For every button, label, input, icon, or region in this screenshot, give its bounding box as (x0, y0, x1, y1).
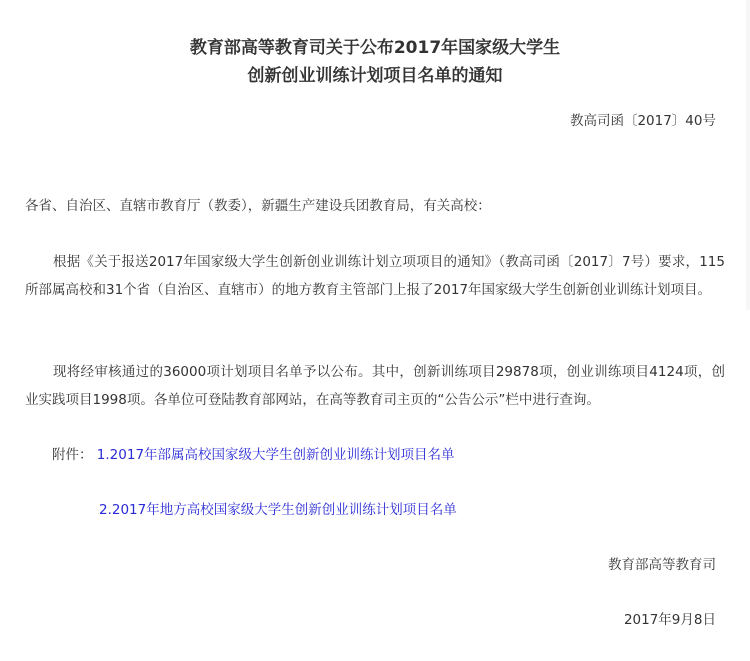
document-number: 教高司函〔2017〕40号 (570, 107, 716, 135)
document-title-line-2: 创新创业训练计划项目名单的通知 (0, 62, 750, 90)
attachment-row-2: 2.2017年地方高校国家级大学生创新创业训练计划项目名单 (99, 496, 457, 524)
attachment-link-1[interactable]: 1.2017年部属高校国家级大学生创新创业训练计划项目名单 (97, 447, 455, 463)
salutation: 各省、自治区、直辖市教育厅（教委），新疆生产建设兵团教育局，有关高校： (25, 192, 725, 220)
signature-date: 2017年9月8日 (624, 606, 716, 634)
paragraph-1: 根据《关于报送2017年国家级大学生创新创业训练计划立项项目的通知》（教高司函〔… (25, 248, 725, 304)
paragraph-2: 现将经审核通过的36000项计划项目名单予以公布。其中，创新训练项目29878项… (25, 358, 725, 414)
attachment-row-1: 附件： 1.2017年部属高校国家级大学生创新创业训练计划项目名单 (52, 441, 455, 469)
attachments-label: 附件： (52, 447, 93, 463)
signature-organization: 教育部高等教育司 (608, 551, 716, 579)
attachment-link-2[interactable]: 2.2017年地方高校国家级大学生创新创业训练计划项目名单 (99, 502, 457, 518)
document-title-line-1: 教育部高等教育司关于公布2017年国家级大学生 (0, 34, 750, 62)
